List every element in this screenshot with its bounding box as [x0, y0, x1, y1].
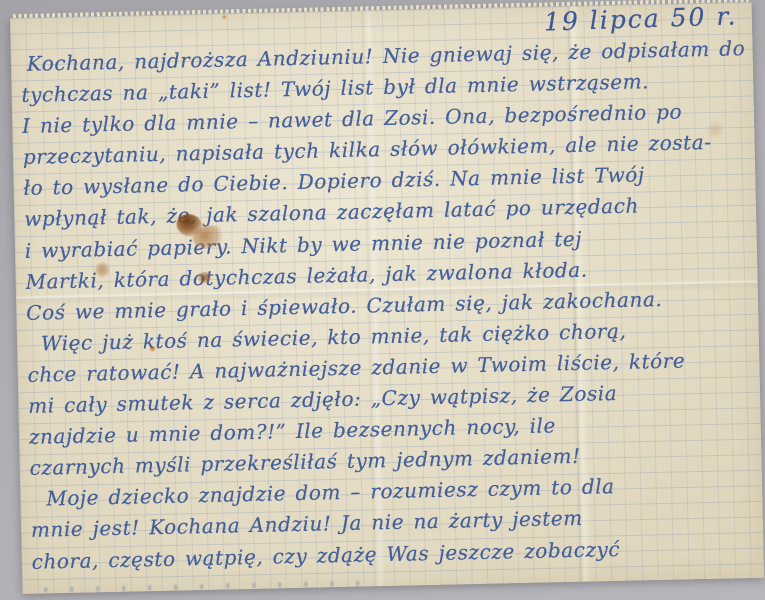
letter-body: Kochana, najdroższa Andziuniu! Nie gniew… — [20, 33, 755, 577]
scanned-letter-scene: 19 lipca 50 r. Kochana, najdroższa Andzi… — [0, 0, 765, 600]
rust-stain — [222, 14, 227, 19]
letter-paper: 19 lipca 50 r. Kochana, najdroższa Andzi… — [10, 2, 764, 594]
letter-date: 19 lipca 50 r. — [544, 1, 738, 36]
ink-smudge — [44, 580, 374, 592]
